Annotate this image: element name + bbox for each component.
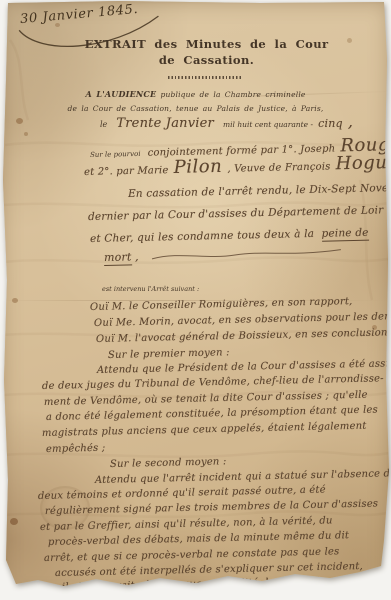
paper-shadow-wrap: 30 Janvier 1845. EXTRAIT des Minutes de … (0, 0, 391, 600)
pourvoi-name-pilon: Pilon (173, 156, 222, 178)
title-line-1: EXTRAIT des Minutes de la Cour (22, 36, 391, 52)
pourvoi-name-hogu: Hogu (335, 152, 387, 174)
foxing-spot (16, 118, 23, 124)
pourvoi-hand-3: , Veuve de François (227, 161, 330, 174)
audience-line-1: A L'AUDIENCE publique de la Chambre crim… (0, 89, 391, 99)
pourvoi-hand-2: et 2°. par Marie (84, 165, 169, 178)
audience-lead: A L'AUDIENCE (85, 89, 156, 99)
document-title: EXTRAIT des Minutes de la Cour de Cassat… (22, 36, 391, 68)
date-printed-le: le (100, 120, 107, 129)
cassation-underlined-mort: mort (104, 250, 132, 265)
date-handwritten-day: Trente Janvier (116, 116, 214, 131)
title-line-2: de Cassation. (22, 52, 391, 68)
foxing-spot (12, 298, 18, 303)
dotted-separator (168, 76, 242, 79)
date-handwritten-cinq: cinq (318, 117, 343, 130)
body-line: empêchés ; (46, 443, 106, 455)
arret-intro-printed: est intervenu l'Arrêt suivant : (102, 285, 199, 293)
date-line: le Trente Janvier mil huit cent quarante… (100, 112, 353, 131)
cassation-comma: , (135, 250, 139, 263)
date-printed-year: mil huit cent quarante - (223, 120, 313, 129)
cassation-underlined-peine-de: peine de (321, 227, 368, 242)
date-comma: , (348, 112, 353, 131)
foxing-spot (10, 518, 18, 525)
audience-rest: publique de la Chambre criminelle (160, 90, 305, 99)
foxing-spot (24, 132, 28, 136)
document-page: 30 Janvier 1845. EXTRAIT des Minutes de … (0, 0, 391, 600)
